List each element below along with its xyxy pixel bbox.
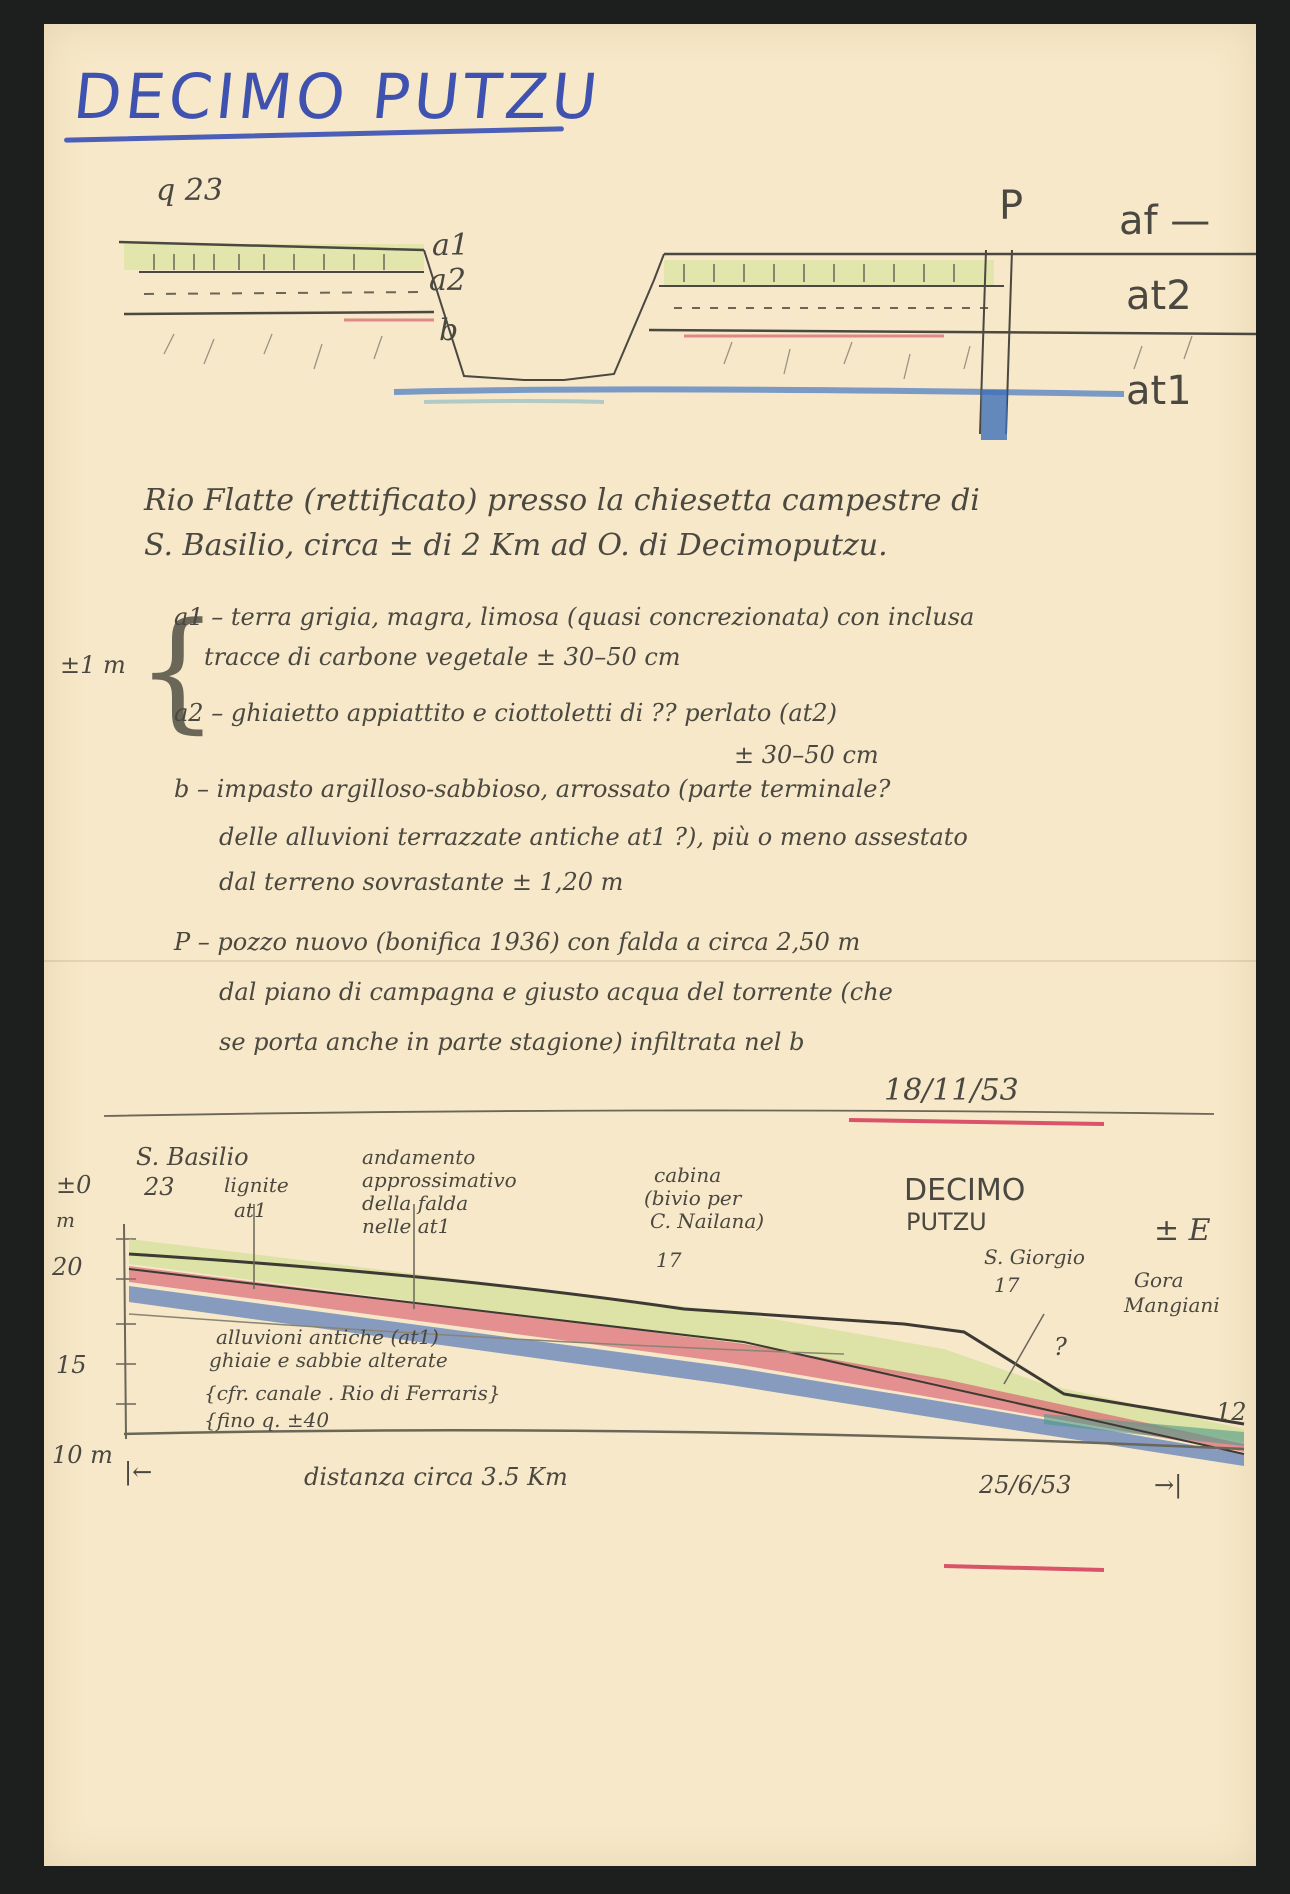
axis-label-zero: ±0	[56, 1172, 91, 1198]
town-label-decimo: DECIMO	[904, 1174, 1025, 1207]
site-s-giorgio-elevation: 17	[994, 1274, 1019, 1296]
note-line-3: {cfr. canale . Rio di Ferraris}	[204, 1382, 501, 1404]
right-elevation: 12	[1216, 1399, 1247, 1425]
andamento-line-2: approssimativo	[362, 1169, 517, 1191]
distance-arrow-right: →|	[1154, 1472, 1182, 1498]
distance-label: distanza circa 3.5 Km	[304, 1464, 568, 1490]
cabina-line-1: cabina	[654, 1164, 721, 1186]
question-mark: ?	[1054, 1334, 1067, 1360]
date-2: 25/6/53	[979, 1472, 1072, 1498]
cabina-elevation: 17	[656, 1249, 681, 1271]
axis-label-10: 10 m	[52, 1442, 113, 1468]
cabina-line-2: (bivio per	[644, 1187, 741, 1209]
site-s-giorgio: S. Giorgio	[984, 1246, 1085, 1268]
east-label: ± E	[1154, 1214, 1211, 1247]
note-line-2: ghiaie e sabbie alterate	[209, 1349, 448, 1371]
site-s-basilio: S. Basilio	[136, 1144, 249, 1170]
axis-label-15: 15	[56, 1352, 87, 1378]
andamento-line-4: nelle at1	[362, 1215, 450, 1237]
note-line-1: alluvioni antiche (at1)	[216, 1326, 439, 1348]
andamento-line-3: della falda	[362, 1192, 468, 1214]
andamento-line-1: andamento	[362, 1146, 475, 1168]
lignite-label: lignite	[224, 1174, 289, 1196]
site-s-basilio-elevation: 23	[144, 1174, 175, 1200]
longitudinal-profile-sketch	[44, 24, 1256, 1866]
distance-arrow-left: |←	[124, 1459, 152, 1485]
cabina-line-3: C. Nailana)	[650, 1210, 764, 1232]
town-label-putzu: PUTZU	[906, 1209, 987, 1235]
notebook-page: DECIMO PUTZU	[44, 24, 1256, 1866]
note-line-4: {fino q. ±40	[204, 1409, 329, 1431]
gora-line-1: Gora	[1134, 1269, 1184, 1291]
gora-line-2: Mangiani	[1124, 1294, 1220, 1316]
lignite-at1-label: at1	[234, 1199, 267, 1221]
axis-label-unit: m	[56, 1209, 75, 1231]
axis-label-20: 20	[52, 1254, 83, 1280]
